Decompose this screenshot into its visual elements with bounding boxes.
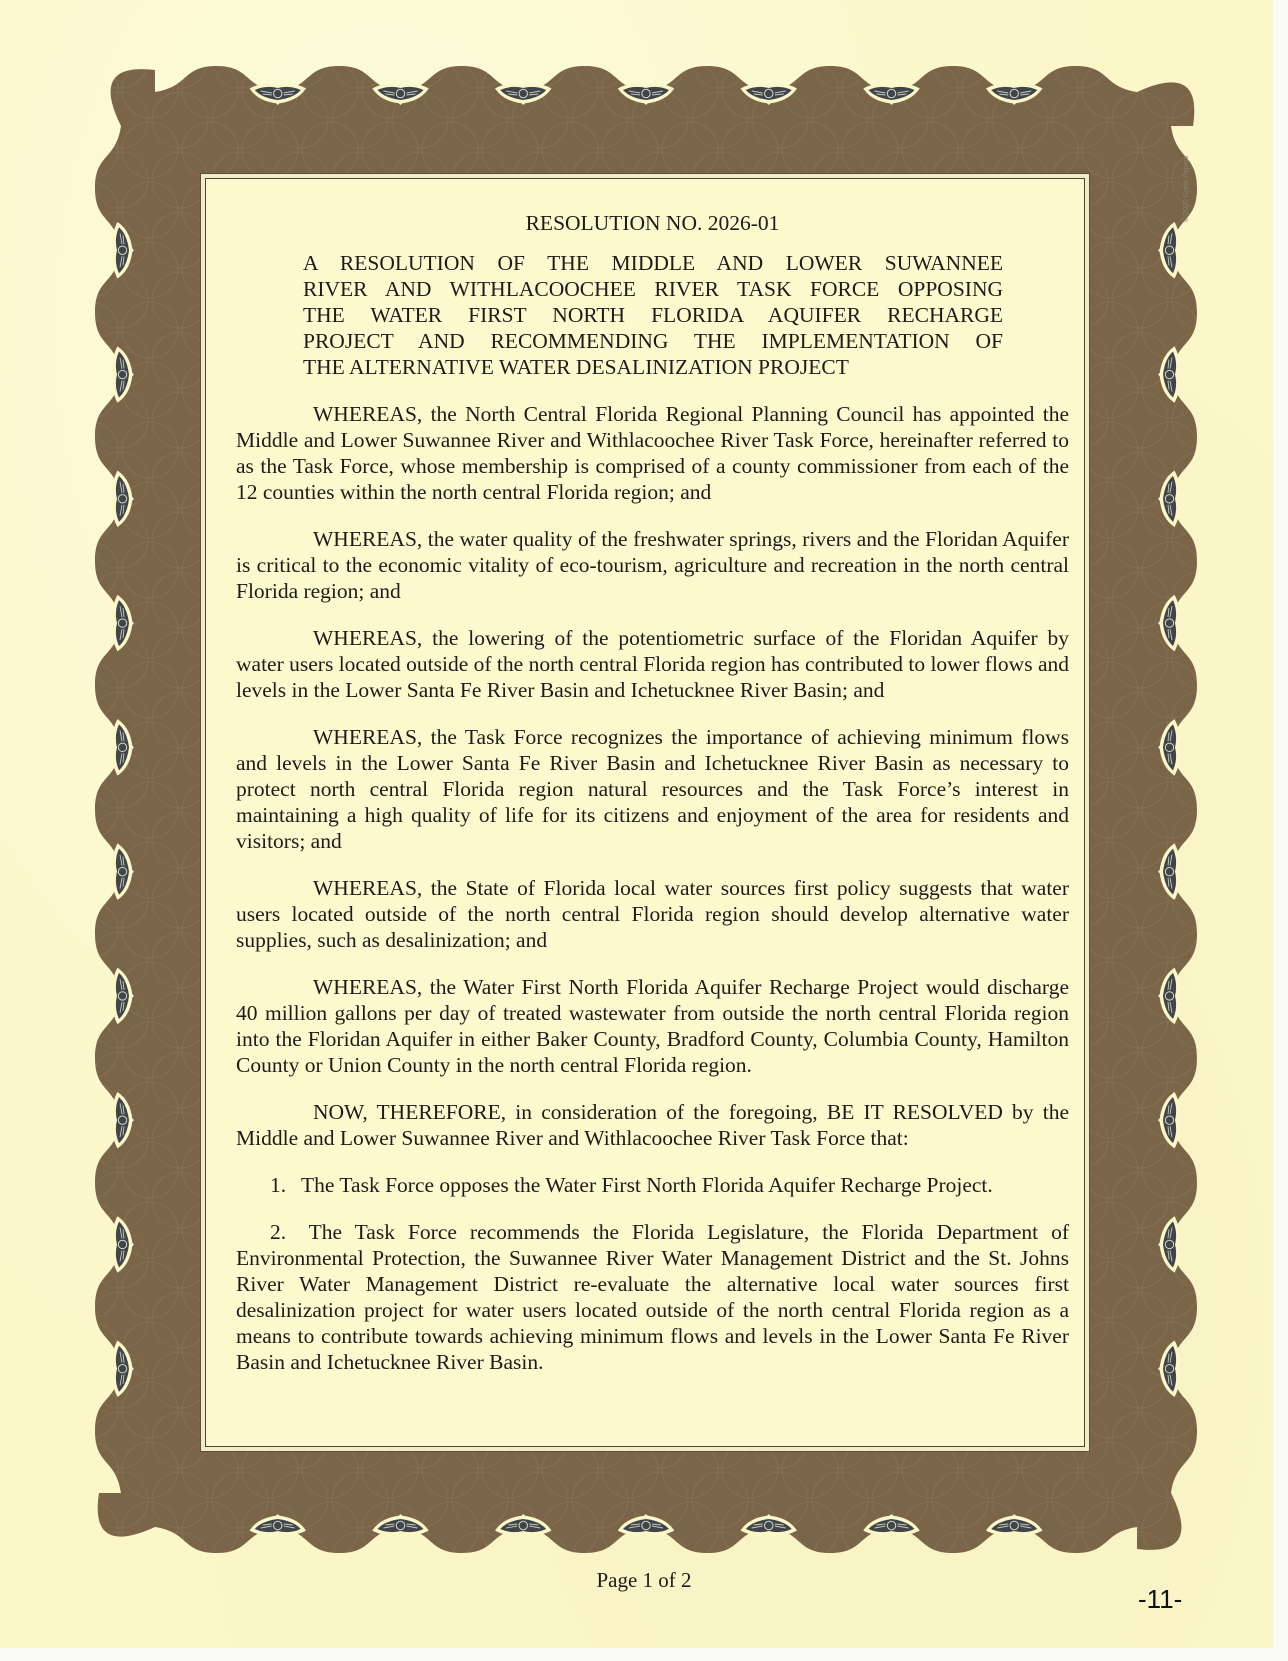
page-stamp: -11- xyxy=(1138,1584,1182,1615)
resolution-item: 2. The Task Force recommends the Florida… xyxy=(236,1219,1069,1375)
resolved-intro: NOW, THEREFORE, in consideration of the … xyxy=(236,1099,1069,1151)
resolution-title: A RESOLUTION OF THE MIDDLE AND LOWER SUW… xyxy=(303,250,1003,380)
item-text: The Task Force recommends the Florida Le… xyxy=(236,1220,1069,1374)
whereas-clause: WHEREAS, the State of Florida local wate… xyxy=(236,875,1069,953)
item-number: 2. xyxy=(270,1219,296,1245)
resolution-item: 1. The Task Force opposes the Water Firs… xyxy=(236,1172,1069,1198)
page-number: Page 1 of 2 xyxy=(0,1568,1288,1593)
title-line: RIVER AND WITHLACOOCHEE RIVER TASK FORCE… xyxy=(303,276,1003,302)
whereas-clause: WHEREAS, the Water First North Florida A… xyxy=(236,974,1069,1078)
whereas-clause: WHEREAS, the North Central Florida Regio… xyxy=(236,401,1069,505)
title-line: THE WATER FIRST NORTH FLORIDA AQUIFER RE… xyxy=(303,302,1003,328)
title-line: THE ALTERNATIVE WATER DESALINIZATION PRO… xyxy=(303,354,1003,380)
resolution-number: RESOLUTION NO. 2026-01 xyxy=(236,210,1069,236)
whereas-clause: WHEREAS, the Task Force recognizes the i… xyxy=(236,724,1069,854)
item-text: The Task Force opposes the Water First N… xyxy=(301,1173,993,1197)
copyright-notice: © 2020 Great Papers xyxy=(1183,156,1190,222)
whereas-clause: WHEREAS, the water quality of the freshw… xyxy=(236,526,1069,604)
title-line: PROJECT AND RECOMMENDING THE IMPLEMENTAT… xyxy=(303,328,1003,354)
whereas-clause: WHEREAS, the lowering of the potentiomet… xyxy=(236,625,1069,703)
item-number: 1. xyxy=(270,1172,296,1198)
resolution-body: RESOLUTION NO. 2026-01 A RESOLUTION OF T… xyxy=(236,210,1069,1396)
title-line: A RESOLUTION OF THE MIDDLE AND LOWER SUW… xyxy=(303,250,1003,276)
